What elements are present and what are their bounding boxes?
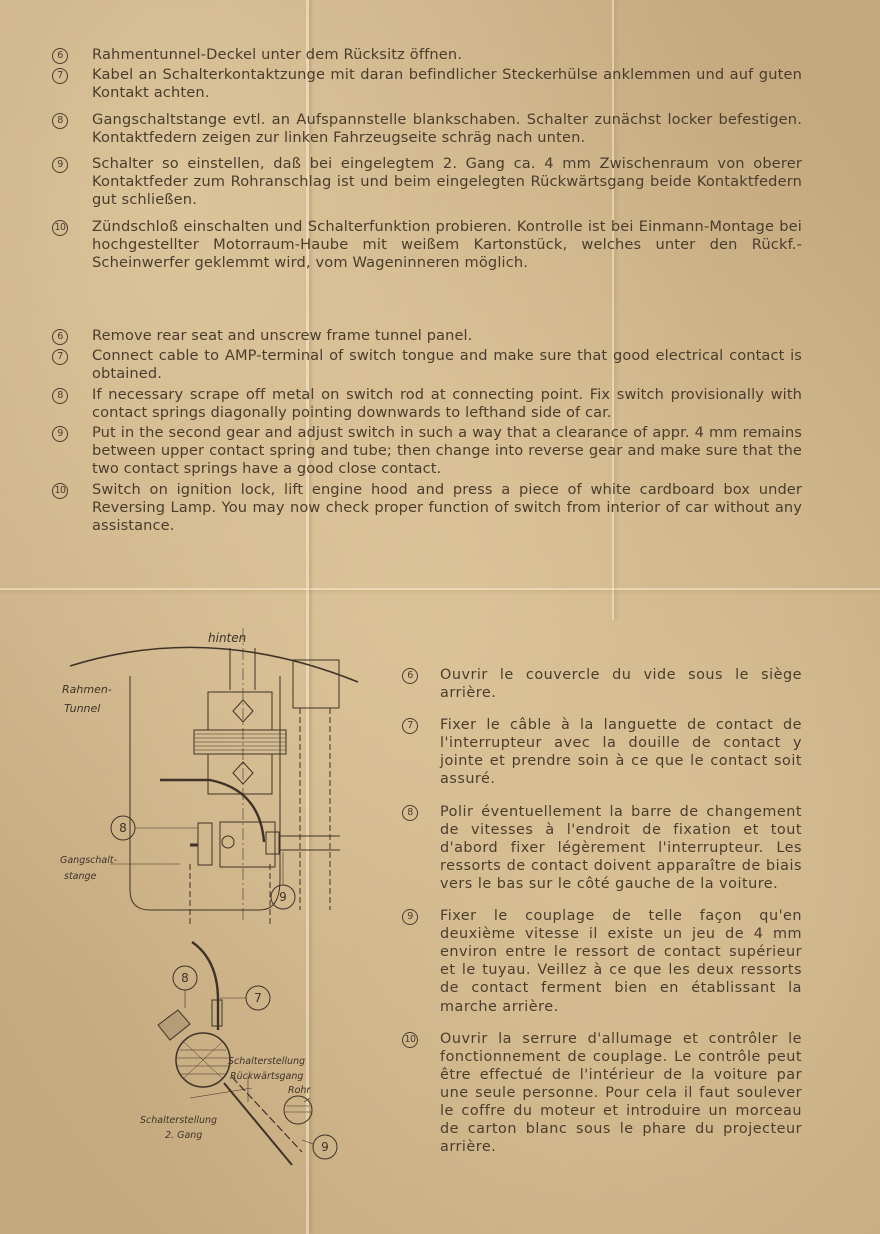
de-step-10: 10 Zündschloß einschalten und Schalterfu… <box>52 218 802 273</box>
fr-step-7: 7 Fixer le câble à la languette de conta… <box>402 716 802 788</box>
label-reverse-gear: Rückwärtsgang <box>230 1071 303 1082</box>
step-number-badge: 9 <box>402 909 418 925</box>
step-number-badge: 7 <box>52 349 68 365</box>
german-instructions: 6 Rahmentunnel-Deckel unter dem Rücksitz… <box>52 46 802 274</box>
step-number-badge: 6 <box>402 668 418 684</box>
step-number-badge: 6 <box>52 48 68 64</box>
step-text: Connect cable to AMP-terminal of switch … <box>92 347 802 383</box>
diagram-drawing: hinten Rahmen- Tunnel Gangschalt- stange… <box>40 620 380 1190</box>
step-text: Fixer le câble à la languette de contact… <box>440 716 802 788</box>
step-text: Polir éventuellement la barre de changem… <box>440 803 802 893</box>
de-step-8: 8 Gangschaltstange evtl. an Aufspannstel… <box>52 111 802 147</box>
de-step-7: 7 Kabel an Schalterkontaktzunge mit dara… <box>52 66 802 102</box>
step-text: Ouvrir le couvercle du vide sous le sièg… <box>440 666 802 702</box>
step-number-badge: 10 <box>52 220 68 236</box>
step-text: Gangschaltstange evtl. an Aufspannstelle… <box>92 111 802 147</box>
label-second-gear: 2. Gang <box>165 1130 202 1141</box>
step-text: Switch on ignition lock, lift engine hoo… <box>92 481 802 536</box>
callout-8-top: 8 <box>119 821 127 835</box>
step-number-badge: 10 <box>402 1032 418 1048</box>
label-gangschalt: Gangschalt- <box>60 855 118 866</box>
paper-fold-horizontal <box>0 588 880 590</box>
switch-installation-diagram: hinten Rahmen- Tunnel Gangschalt- stange… <box>40 620 380 1190</box>
label-reverse-position: Schalterstellung <box>228 1056 305 1067</box>
step-number-badge: 6 <box>52 329 68 345</box>
step-text: If necessary scrape off metal on switch … <box>92 386 802 422</box>
de-step-6: 6 Rahmentunnel-Deckel unter dem Rücksitz… <box>52 46 802 64</box>
label-second-position: Schalterstellung <box>140 1115 217 1126</box>
step-number-badge: 7 <box>52 68 68 84</box>
step-text: Fixer le couplage de telle façon qu'en d… <box>440 907 802 1016</box>
label-rahmen: Rahmen- <box>62 683 112 696</box>
step-number-badge: 8 <box>52 388 68 404</box>
step-number-badge: 9 <box>52 426 68 442</box>
fr-step-8: 8 Polir éventuellement la barre de chang… <box>402 803 802 893</box>
fr-step-9: 9 Fixer le couplage de telle façon qu'en… <box>402 907 802 1016</box>
label-tunnel: Tunnel <box>64 702 100 715</box>
callout-9-bottom: 9 <box>321 1140 329 1154</box>
fr-step-6: 6 Ouvrir le couvercle du vide sous le si… <box>402 666 802 702</box>
callout-9-top: 9 <box>279 890 287 904</box>
de-step-9: 9 Schalter so einstellen, daß bei eingel… <box>52 155 802 210</box>
en-step-8: 8 If necessary scrape off metal on switc… <box>52 386 802 422</box>
label-hinten: hinten <box>208 631 246 645</box>
step-number-badge: 10 <box>52 483 68 499</box>
step-number-badge: 7 <box>402 718 418 734</box>
step-text: Remove rear seat and unscrew frame tunne… <box>92 327 802 345</box>
step-text: Rahmentunnel-Deckel unter dem Rücksitz ö… <box>92 46 802 64</box>
french-instructions: 6 Ouvrir le couvercle du vide sous le si… <box>402 666 802 1170</box>
step-number-badge: 8 <box>402 805 418 821</box>
callout-7-bottom: 7 <box>254 991 262 1005</box>
en-step-10: 10 Switch on ignition lock, lift engine … <box>52 481 802 536</box>
label-stange: stange <box>64 871 97 882</box>
step-text: Schalter so einstellen, daß bei eingeleg… <box>92 155 802 210</box>
step-text: Put in the second gear and adjust switch… <box>92 424 802 479</box>
fr-step-10: 10 Ouvrir la serrure d'allumage et contr… <box>402 1030 802 1157</box>
step-text: Ouvrir la serrure d'allumage et contrôle… <box>440 1030 802 1157</box>
label-rohr: Rohr <box>288 1085 311 1096</box>
callout-8-bottom: 8 <box>181 971 189 985</box>
step-number-badge: 8 <box>52 113 68 129</box>
en-step-6: 6 Remove rear seat and unscrew frame tun… <box>52 327 802 345</box>
step-text: Zündschloß einschalten und Schalterfunkt… <box>92 218 802 273</box>
english-instructions: 6 Remove rear seat and unscrew frame tun… <box>52 327 802 537</box>
step-text: Kabel an Schalterkontaktzunge mit daran … <box>92 66 802 102</box>
step-number-badge: 9 <box>52 157 68 173</box>
en-step-7: 7 Connect cable to AMP-terminal of switc… <box>52 347 802 383</box>
en-step-9: 9 Put in the second gear and adjust swit… <box>52 424 802 479</box>
